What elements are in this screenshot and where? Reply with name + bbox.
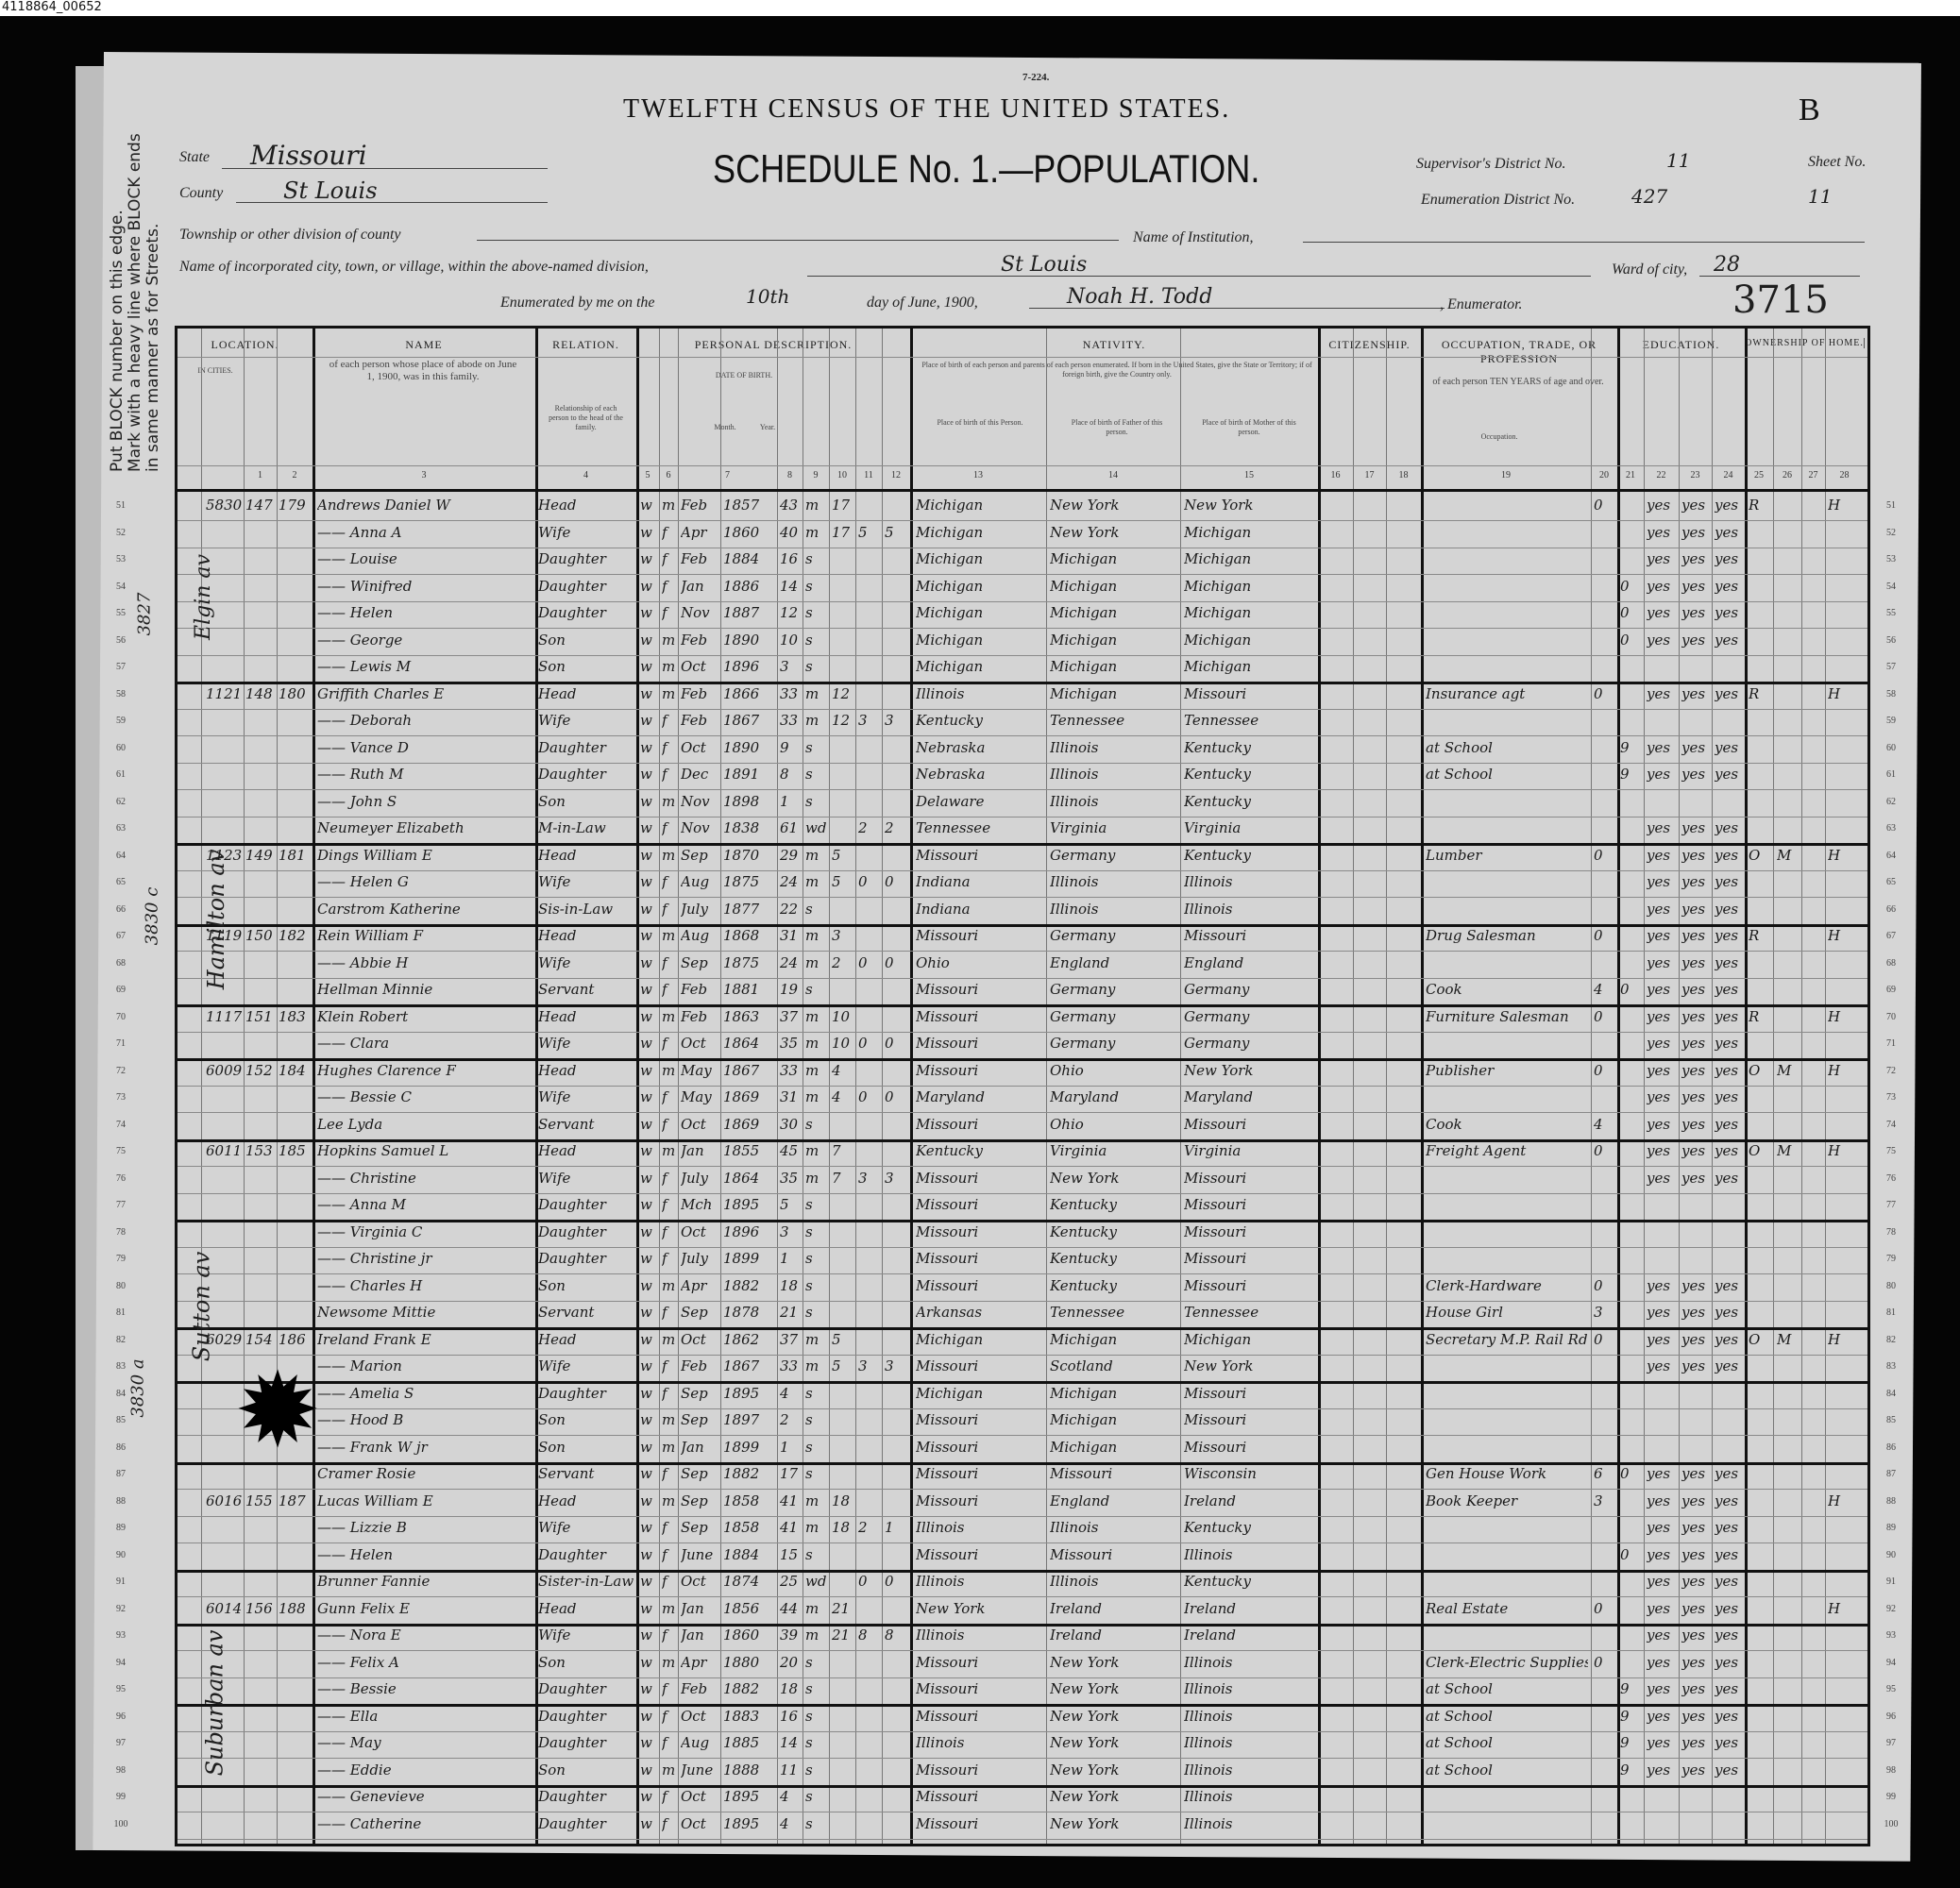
cell-pb: Missouri xyxy=(916,1196,1044,1219)
line-number: 55 xyxy=(107,608,135,618)
cell-house xyxy=(206,1223,245,1246)
cell-farm xyxy=(1828,1573,1856,1595)
cell-farm xyxy=(1828,766,1856,788)
cell-ms: s xyxy=(805,1116,828,1138)
cell-year: 1869 xyxy=(723,1088,775,1111)
cell-ms: s xyxy=(805,550,828,573)
cell-age: 29 xyxy=(780,847,803,869)
cell-mo xyxy=(1594,1223,1616,1246)
cell-age: 20 xyxy=(780,1654,803,1677)
cell-color: w xyxy=(640,1385,657,1408)
day-suffix: day of June, 1900, xyxy=(867,295,978,312)
cell-ym xyxy=(832,1546,854,1569)
cell-mb xyxy=(858,1492,881,1515)
cell-occ xyxy=(1426,1223,1588,1246)
cell-eng: yes xyxy=(1715,1546,1743,1569)
cell-sex: m xyxy=(662,632,677,654)
line-number: 60 xyxy=(107,743,135,753)
margin-note: Hamilton av xyxy=(203,850,229,989)
table-row: 6029154186Ireland Frank EHeadwmOct186237… xyxy=(177,1329,1867,1355)
cell-mo: 0 xyxy=(1594,1062,1616,1085)
cell-fb: Kentucky xyxy=(1050,1196,1178,1219)
cell-mort xyxy=(1777,1411,1799,1434)
cell-month: Aug xyxy=(681,873,718,896)
table-row: 1121148180Griffith Charles EHeadwmFeb186… xyxy=(177,683,1867,709)
cell-name: —— Marion xyxy=(317,1357,534,1380)
cell-color: w xyxy=(640,1465,657,1488)
cell-read: yes xyxy=(1647,901,1677,923)
table-row: —— John SSonwmNov18981sDelawareIllinoisK… xyxy=(177,791,1867,817)
cell-mort: M xyxy=(1777,1062,1799,1085)
cell-ms: wd xyxy=(805,819,828,842)
cell-own xyxy=(1749,1680,1771,1703)
group-name: NAME xyxy=(313,338,536,352)
line-number: 88 xyxy=(1877,1496,1905,1507)
cell-occ xyxy=(1426,1088,1588,1111)
colnum: 16 xyxy=(1318,470,1353,480)
cell-ms: m xyxy=(805,524,828,547)
cell-read: yes xyxy=(1647,1573,1677,1595)
colnum: 20 xyxy=(1591,470,1617,480)
cell-color: w xyxy=(640,685,657,708)
cell-own: O xyxy=(1749,1062,1771,1085)
cell-mob: Tennessee xyxy=(1184,1304,1316,1326)
cell-color: w xyxy=(640,1008,657,1031)
cell-rel: Daughter xyxy=(538,604,634,627)
cell-fb: Michigan xyxy=(1050,632,1178,654)
cell-farm: H xyxy=(1828,1142,1856,1165)
cell-year: 1866 xyxy=(723,685,775,708)
cell-ms: s xyxy=(805,981,828,1003)
cell-mo xyxy=(1594,578,1616,600)
cell-occ xyxy=(1426,578,1588,600)
cell-eng: yes xyxy=(1715,1734,1743,1757)
table-row: 6009152184Hughes Clarence FHeadwmMay1867… xyxy=(177,1060,1867,1086)
cell-fam xyxy=(279,1116,311,1138)
cell-mb xyxy=(858,497,881,519)
cell-farm xyxy=(1828,1654,1856,1677)
cell-year: 1882 xyxy=(723,1680,775,1703)
cell-ym: 3 xyxy=(832,927,854,950)
cell-mob: Missouri xyxy=(1184,1411,1316,1434)
cell-pb: Missouri xyxy=(916,1062,1044,1085)
cell-occ: Lumber xyxy=(1426,847,1588,869)
colnum: 12 xyxy=(882,470,910,480)
cell-name: —— Clara xyxy=(317,1035,534,1057)
cell-mo xyxy=(1594,739,1616,762)
cell-year: 1887 xyxy=(723,604,775,627)
cell-own xyxy=(1749,1250,1771,1273)
state-underline xyxy=(222,168,548,169)
cell-name: —— Lewis M xyxy=(317,658,534,681)
cell-mb xyxy=(858,1708,881,1730)
cell-read xyxy=(1647,1223,1677,1246)
cell-ms: s xyxy=(805,1385,828,1408)
sub-nativity-mother: Place of birth of Mother of this person. xyxy=(1192,418,1306,437)
margin-note: Elgin av xyxy=(192,554,215,640)
cell-age: 31 xyxy=(780,1088,803,1111)
table-row: —— BessieDaughterwfFeb188218sMissouriNew… xyxy=(177,1678,1867,1704)
cell-read xyxy=(1647,1439,1677,1461)
cell-fam xyxy=(279,1170,311,1192)
cell-mb xyxy=(858,847,881,869)
cell-cl: 0 xyxy=(885,1088,907,1111)
cell-house: 6016 xyxy=(206,1492,245,1515)
cell-pb: Michigan xyxy=(916,1331,1044,1354)
line-number: 76 xyxy=(107,1173,135,1184)
cell-mo xyxy=(1594,766,1616,788)
cell-cl xyxy=(885,1116,907,1138)
cell-pb: Arkansas xyxy=(916,1304,1044,1326)
cell-cl: 2 xyxy=(885,819,907,842)
cell-occ: at School xyxy=(1426,766,1588,788)
cell-sch: 9 xyxy=(1620,1708,1641,1730)
cell-eng: yes xyxy=(1715,873,1743,896)
cell-name: —— Catherine xyxy=(317,1815,534,1838)
cell-mort xyxy=(1777,739,1799,762)
table-row: Lee LydaServantwfOct186930sMissouriOhioM… xyxy=(177,1114,1867,1139)
cell-mob: Kentucky xyxy=(1184,766,1316,788)
cell-eng xyxy=(1715,1196,1743,1219)
cell-mo xyxy=(1594,954,1616,977)
cell-sch xyxy=(1620,1519,1641,1542)
line-number: 67 xyxy=(107,931,135,941)
cell-rel: Daughter xyxy=(538,1223,634,1246)
cell-sch xyxy=(1620,901,1641,923)
cell-ms: m xyxy=(805,954,828,977)
cell-month: Jan xyxy=(681,578,718,600)
cell-mo xyxy=(1594,1411,1616,1434)
cell-mob: Illinois xyxy=(1184,1762,1316,1784)
cell-farm xyxy=(1828,1465,1856,1488)
cell-month: Aug xyxy=(681,927,718,950)
cell-rel: Head xyxy=(538,847,634,869)
cell-name: —— Virginia C xyxy=(317,1223,534,1246)
cell-sex: m xyxy=(662,847,677,869)
cell-pb: Maryland xyxy=(916,1088,1044,1111)
cell-name: —— Amelia S xyxy=(317,1385,534,1408)
sub-nativity-self: Place of birth of this Person. xyxy=(923,418,1037,428)
cell-color: w xyxy=(640,1411,657,1434)
cell-write xyxy=(1681,1250,1710,1273)
cell-read xyxy=(1647,793,1677,816)
cell-fam xyxy=(279,1546,311,1569)
table-row: Brunner FannieSister-in-LawwfOct187425wd… xyxy=(177,1571,1867,1596)
cell-name: Rein William F xyxy=(317,927,534,950)
table-row: —— WinifredDaughterwfJan188614sMichiganM… xyxy=(177,576,1867,601)
cell-mb xyxy=(858,766,881,788)
cell-sch xyxy=(1620,1035,1641,1057)
cell-ms: s xyxy=(805,604,828,627)
cell-ms: s xyxy=(805,1223,828,1246)
cell-mo xyxy=(1594,819,1616,842)
cell-farm: H xyxy=(1828,847,1856,869)
cell-pb: Illinois xyxy=(916,1627,1044,1649)
cell-dw xyxy=(245,1170,276,1192)
cell-rel: Daughter xyxy=(538,1708,634,1730)
cell-dw xyxy=(245,1654,276,1677)
cell-pb: Kentucky xyxy=(916,712,1044,734)
sheet-number-value: 11 xyxy=(1808,185,1832,208)
colnum: 1 xyxy=(244,470,277,480)
cell-mob: Missouri xyxy=(1184,1385,1316,1408)
cell-mort xyxy=(1777,1600,1799,1623)
cell-mo xyxy=(1594,1708,1616,1730)
cell-dw xyxy=(245,550,276,573)
cell-mob: Ireland xyxy=(1184,1627,1316,1649)
cell-rel: Son xyxy=(538,1439,634,1461)
cell-mob: England xyxy=(1184,954,1316,977)
cell-house xyxy=(206,658,245,681)
cell-mb xyxy=(858,1439,881,1461)
cell-eng xyxy=(1715,1411,1743,1434)
cell-fb: Illinois xyxy=(1050,1573,1178,1595)
line-number: 91 xyxy=(1877,1576,1905,1587)
cell-mb: 8 xyxy=(858,1627,881,1649)
line-number: 64 xyxy=(107,851,135,861)
cell-farm: H xyxy=(1828,497,1856,519)
cell-cl xyxy=(885,550,907,573)
cell-read xyxy=(1647,1385,1677,1408)
cell-year: 1895 xyxy=(723,1788,775,1811)
line-number: 79 xyxy=(1877,1254,1905,1264)
cell-house: 6011 xyxy=(206,1142,245,1165)
cell-fb: Illinois xyxy=(1050,739,1178,762)
cell-mb: 0 xyxy=(858,1035,881,1057)
line-number: 73 xyxy=(1877,1092,1905,1103)
cell-eng: yes xyxy=(1715,1762,1743,1784)
cell-mo xyxy=(1594,1357,1616,1380)
cell-read: yes xyxy=(1647,1304,1677,1326)
cell-mort xyxy=(1777,1357,1799,1380)
table-row: Hellman MinnieServantwfFeb188119sMissour… xyxy=(177,979,1867,1004)
cell-year: 1867 xyxy=(723,1357,775,1380)
cell-mb xyxy=(858,927,881,950)
cell-write: yes xyxy=(1681,739,1710,762)
cell-mob: Michigan xyxy=(1184,578,1316,600)
cell-ms: s xyxy=(805,1411,828,1434)
cell-color: w xyxy=(640,847,657,869)
line-number: 75 xyxy=(1877,1146,1905,1156)
cell-color: w xyxy=(640,497,657,519)
cell-occ: at School xyxy=(1426,1708,1588,1730)
cell-fb: Michigan xyxy=(1050,658,1178,681)
cell-farm xyxy=(1828,981,1856,1003)
cell-cl xyxy=(885,1788,907,1811)
cell-sex: f xyxy=(662,524,677,547)
cell-mob: New York xyxy=(1184,1357,1316,1380)
cell-sch: 0 xyxy=(1620,604,1641,627)
cell-ym xyxy=(832,1465,854,1488)
cell-rel: Daughter xyxy=(538,1546,634,1569)
cell-age: 4 xyxy=(780,1788,803,1811)
cell-dw xyxy=(245,793,276,816)
cell-sex: m xyxy=(662,1277,677,1300)
line-number: 86 xyxy=(107,1442,135,1453)
cell-age: 24 xyxy=(780,954,803,977)
cell-cl xyxy=(885,1762,907,1784)
cell-fam xyxy=(279,1277,311,1300)
cell-fb: Kentucky xyxy=(1050,1277,1178,1300)
cell-month: Oct xyxy=(681,1223,718,1246)
cell-mo xyxy=(1594,1573,1616,1595)
colnum: 8 xyxy=(777,470,803,480)
table-row: —— Felix ASonwmApr188020sMissouriNew Yor… xyxy=(177,1652,1867,1677)
cell-name: Klein Robert xyxy=(317,1008,534,1031)
cell-write: yes xyxy=(1681,954,1710,977)
cell-pb: Michigan xyxy=(916,524,1044,547)
cell-eng xyxy=(1715,1815,1743,1838)
cell-sch xyxy=(1620,1116,1641,1138)
cell-color: w xyxy=(640,604,657,627)
cell-rel: Daughter xyxy=(538,578,634,600)
cell-write: yes xyxy=(1681,1035,1710,1057)
side-instruction-line: Put BLOCK number on this edge. xyxy=(109,133,127,472)
cell-cl xyxy=(885,1654,907,1677)
cell-sex: f xyxy=(662,1573,677,1595)
cell-mb xyxy=(858,1250,881,1273)
line-number: 80 xyxy=(1877,1281,1905,1291)
cell-eng: yes xyxy=(1715,1331,1743,1354)
cell-age: 31 xyxy=(780,927,803,950)
cell-month: Feb xyxy=(681,685,718,708)
cell-age: 39 xyxy=(780,1627,803,1649)
cell-age: 9 xyxy=(780,739,803,762)
cell-month: Mch xyxy=(681,1196,718,1219)
ward-label: Ward of city, xyxy=(1612,261,1687,278)
cell-eng: yes xyxy=(1715,1492,1743,1515)
cell-sch xyxy=(1620,847,1641,869)
cell-name: —— John S xyxy=(317,793,534,816)
cell-pb: Missouri xyxy=(916,1708,1044,1730)
enumerator-name: Noah H. Todd xyxy=(1067,285,1212,309)
cell-age: 16 xyxy=(780,1708,803,1730)
line-number: 78 xyxy=(107,1227,135,1238)
line-number: 58 xyxy=(1877,689,1905,700)
cell-write: yes xyxy=(1681,1600,1710,1623)
cell-farm: H xyxy=(1828,1008,1856,1031)
cell-ms: s xyxy=(805,578,828,600)
cell-month: Oct xyxy=(681,1815,718,1838)
cell-cl xyxy=(885,1304,907,1326)
cell-occ: Book Keeper xyxy=(1426,1492,1588,1515)
cell-read: yes xyxy=(1647,1708,1677,1730)
cell-cl xyxy=(885,578,907,600)
cell-occ xyxy=(1426,901,1588,923)
cell-sch xyxy=(1620,1008,1641,1031)
cell-ym: 21 xyxy=(832,1627,854,1649)
cell-write xyxy=(1681,658,1710,681)
cell-occ: Publisher xyxy=(1426,1062,1588,1085)
cell-read: yes xyxy=(1647,873,1677,896)
cell-name: —— Winifred xyxy=(317,578,534,600)
cell-name: —— Helen xyxy=(317,604,534,627)
cell-sch xyxy=(1620,1492,1641,1515)
cell-mo: 3 xyxy=(1594,1492,1616,1515)
cell-eng: yes xyxy=(1715,1277,1743,1300)
cell-dw xyxy=(245,658,276,681)
cell-ym xyxy=(832,1573,854,1595)
cell-ms: s xyxy=(805,1277,828,1300)
star-mark-icon: ✹ xyxy=(234,1359,321,1463)
margin-note: 3827 xyxy=(134,593,154,636)
margin-note: Sutton av xyxy=(188,1252,214,1362)
cell-ym: 5 xyxy=(832,873,854,896)
cell-farm xyxy=(1828,1519,1856,1542)
cell-month: Feb xyxy=(681,981,718,1003)
line-number: 90 xyxy=(107,1550,135,1560)
colnum: 26 xyxy=(1773,470,1801,480)
cell-cl xyxy=(885,901,907,923)
cell-ym xyxy=(832,739,854,762)
cell-mo xyxy=(1594,1170,1616,1192)
cell-pb: Michigan xyxy=(916,578,1044,600)
cell-occ: Drug Salesman xyxy=(1426,927,1588,950)
cell-dw xyxy=(245,1573,276,1595)
cell-sex: m xyxy=(662,685,677,708)
cell-mort xyxy=(1777,1734,1799,1757)
cell-mb xyxy=(858,1465,881,1488)
cell-eng: yes xyxy=(1715,1654,1743,1677)
cell-farm xyxy=(1828,712,1856,734)
cell-sex: f xyxy=(662,766,677,788)
cell-fb: Kentucky xyxy=(1050,1250,1178,1273)
line-number: 94 xyxy=(1877,1658,1905,1668)
cell-occ: Insurance agt xyxy=(1426,685,1588,708)
cell-year: 1890 xyxy=(723,632,775,654)
cell-read: yes xyxy=(1647,1142,1677,1165)
cell-mob: Michigan xyxy=(1184,1331,1316,1354)
cell-age: 40 xyxy=(780,524,803,547)
cell-color: w xyxy=(640,1627,657,1649)
cell-fam: 188 xyxy=(279,1600,311,1623)
cell-sch xyxy=(1620,1411,1641,1434)
cell-sch xyxy=(1620,1385,1641,1408)
cell-ym: 12 xyxy=(832,685,854,708)
cell-write: yes xyxy=(1681,1062,1710,1085)
cell-age: 3 xyxy=(780,1223,803,1246)
cell-name: —— Louise xyxy=(317,550,534,573)
cell-age: 37 xyxy=(780,1008,803,1031)
cell-month: Jan xyxy=(681,1439,718,1461)
cell-mob: Michigan xyxy=(1184,524,1316,547)
cell-ym xyxy=(832,1439,854,1461)
cell-own xyxy=(1749,766,1771,788)
cell-name: —— George xyxy=(317,632,534,654)
cell-fam xyxy=(279,1573,311,1595)
cell-rel: Son xyxy=(538,632,634,654)
cell-occ xyxy=(1426,873,1588,896)
cell-eng xyxy=(1715,793,1743,816)
cell-mb xyxy=(858,1600,881,1623)
cell-color: w xyxy=(640,658,657,681)
cell-ym xyxy=(832,1680,854,1703)
cell-mo xyxy=(1594,712,1616,734)
cell-dw xyxy=(245,524,276,547)
cell-fam xyxy=(279,901,311,923)
cell-sch xyxy=(1620,1196,1641,1219)
table-row: —— ClaraWifewfOct186435m1000MissouriGerm… xyxy=(177,1033,1867,1058)
cell-mo xyxy=(1594,793,1616,816)
cell-age: 12 xyxy=(780,604,803,627)
cell-mob: Virginia xyxy=(1184,819,1316,842)
cell-mb xyxy=(858,981,881,1003)
cell-write xyxy=(1681,1196,1710,1219)
cell-eng xyxy=(1715,1788,1743,1811)
cell-name: —— Christine xyxy=(317,1170,534,1192)
cell-write: yes xyxy=(1681,632,1710,654)
cell-eng: yes xyxy=(1715,847,1743,869)
